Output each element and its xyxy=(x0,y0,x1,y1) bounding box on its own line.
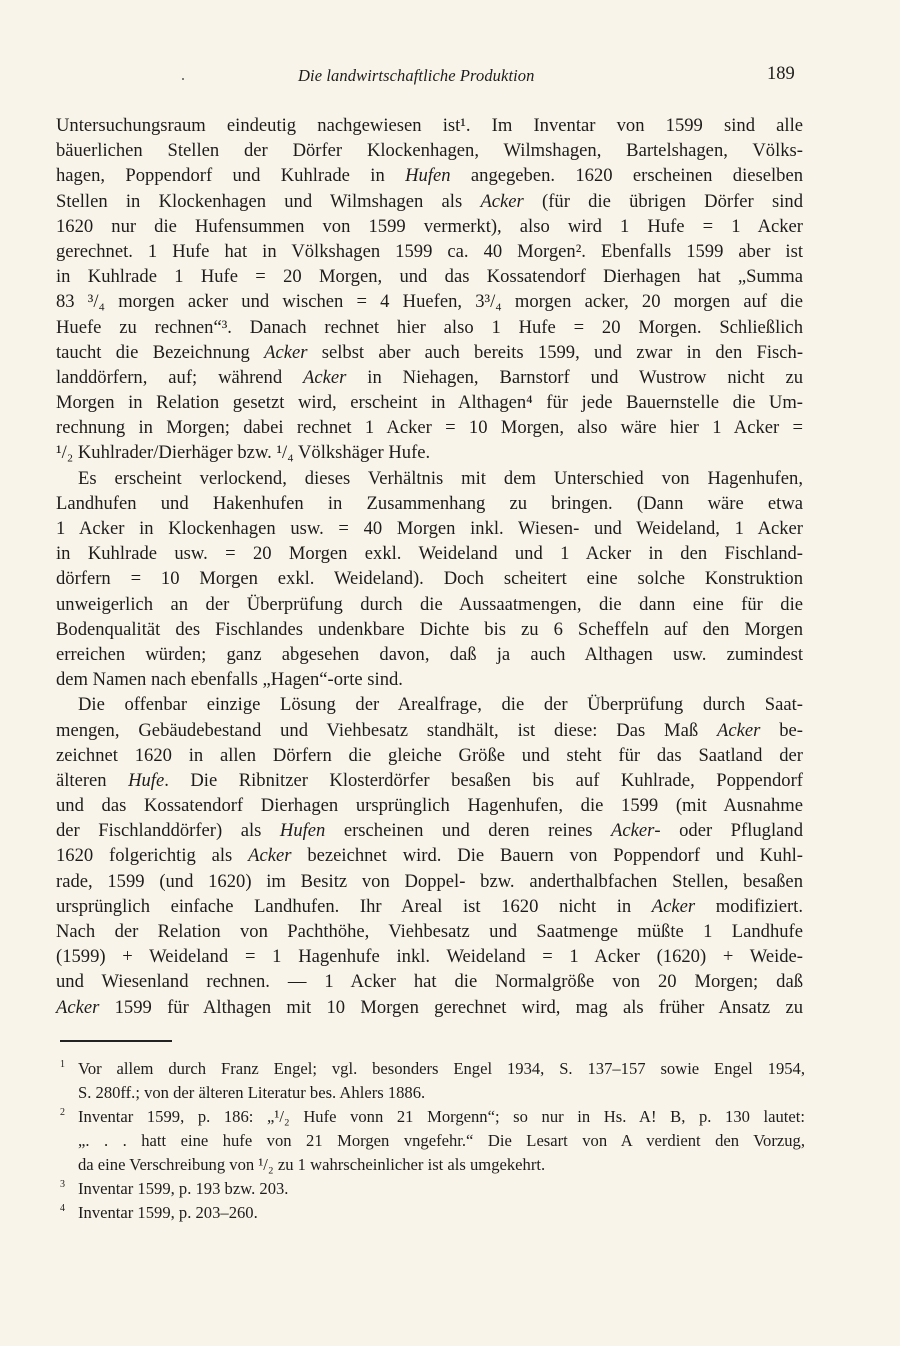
footnote-mark: 3 xyxy=(60,1173,65,1197)
text-line: Nach der Relation von Pachthöhe, Viehbes… xyxy=(56,919,803,944)
text-line: Morgen in Relation gesetzt wird, erschei… xyxy=(56,390,803,415)
text-line: 1620 nur die Hufensummen von 1599 vermer… xyxy=(56,214,803,239)
footnote: 4Inventar 1599, p. 203–260. xyxy=(60,1201,805,1225)
text-line: der Fischlanddörfer) als Hufen erscheine… xyxy=(56,818,803,843)
footnote: 3Inventar 1599, p. 193 bzw. 203. xyxy=(60,1177,805,1201)
text-line: 1620 folgerichtig als Acker bezeichnet w… xyxy=(56,843,803,868)
footnote: 1Vor allem durch Franz Engel; vgl. beson… xyxy=(60,1057,805,1105)
footnotes: 1Vor allem durch Franz Engel; vgl. beson… xyxy=(60,1057,805,1225)
text-line: unweigerlich an der Überprüfung durch di… xyxy=(56,592,803,617)
text-line: ursprünglich einfache Landhufen. Ihr Are… xyxy=(56,894,803,919)
running-head: Die landwirtschaftliche Produktion 189 xyxy=(0,66,900,92)
text-line: rade, 1599 (und 1620) im Besitz von Dopp… xyxy=(56,869,803,894)
footnote-mark: 4 xyxy=(60,1197,65,1221)
footnote-line: Vor allem durch Franz Engel; vgl. besond… xyxy=(78,1057,805,1081)
chapter-title: Die landwirtschaftliche Produktion xyxy=(298,66,535,86)
text-line: Es erscheint verlockend, dieses Verhältn… xyxy=(56,466,803,491)
text-line: und das Kossatendorf Dierhagen ursprüngl… xyxy=(56,793,803,818)
footnote-line: S. 280ff.; von der älteren Literatur bes… xyxy=(78,1081,805,1105)
text-line: dem Namen nach ebenfalls „Hagen“-orte si… xyxy=(56,667,803,692)
text-line: in Kuhlrade 1 Hufe = 20 Morgen, und das … xyxy=(56,264,803,289)
text-line: Untersuchungsraum eindeutig nachgewiesen… xyxy=(56,113,803,138)
text-line: Die offenbar einzige Lösung der Arealfra… xyxy=(56,692,803,717)
text-line: landdörfern, auf; während Acker in Nieha… xyxy=(56,365,803,390)
footnote-line: da eine Verschreibung von ¹/₂ zu 1 wahrs… xyxy=(78,1153,805,1177)
text-line: Acker 1599 für Althagen mit 10 Morgen ge… xyxy=(56,995,803,1020)
text-line: bäuerlichen Stellen der Dörfer Klockenha… xyxy=(56,138,803,163)
footnote-mark: 1 xyxy=(60,1053,65,1077)
text-line: in Kuhlrade usw. = 20 Morgen exkl. Weide… xyxy=(56,541,803,566)
text-line: 83 ³/₄ morgen acker und wischen = 4 Huef… xyxy=(56,289,803,314)
text-line: Huefe zu rechnen“³. Danach rechnet hier … xyxy=(56,315,803,340)
footnote: 2Inventar 1599, p. 186: „¹/₂ Hufe vonn 2… xyxy=(60,1105,805,1177)
text-line: rechnung in Morgen; dabei rechnet 1 Acke… xyxy=(56,415,803,440)
page-number: 189 xyxy=(767,64,795,85)
book-page: Die landwirtschaftliche Produktion 189 U… xyxy=(0,0,900,1346)
footnote-line: Inventar 1599, p. 186: „¹/₂ Hufe vonn 21… xyxy=(78,1105,805,1129)
text-line: 1 Acker in Klockenhagen usw. = 40 Morgen… xyxy=(56,516,803,541)
text-line: dörfern = 10 Morgen exkl. Weideland). Do… xyxy=(56,566,803,591)
footnote-rule xyxy=(60,1040,172,1042)
text-line: gerechnet. 1 Hufe hat in Völkshagen 1599… xyxy=(56,239,803,264)
text-line: mengen, Gebäudebestand und Viehbesatz st… xyxy=(56,718,803,743)
text-line: und Wiesenland rechnen. — 1 Acker hat di… xyxy=(56,969,803,994)
body-text: Untersuchungsraum eindeutig nachgewiesen… xyxy=(56,113,803,1020)
footnote-mark: 2 xyxy=(60,1101,65,1125)
footnote-line: „. . . hatt eine hufe von 21 Morgen vnge… xyxy=(78,1129,805,1153)
text-line: älteren Hufe. Die Ribnitzer Klosterdörfe… xyxy=(56,768,803,793)
speck xyxy=(182,78,184,80)
text-line: ¹/₂ Kuhlrader/Dierhäger bzw. ¹/₄ Völkshä… xyxy=(56,440,803,465)
text-line: erreichen würden; ganz abgesehen davon, … xyxy=(56,642,803,667)
footnote-line: Inventar 1599, p. 203–260. xyxy=(78,1201,805,1225)
text-line: Landhufen und Hakenhufen in Zusammenhang… xyxy=(56,491,803,516)
text-line: Bodenqualität des Fischlandes undenkbare… xyxy=(56,617,803,642)
text-line: taucht die Bezeichnung Acker selbst aber… xyxy=(56,340,803,365)
text-line: hagen, Poppendorf und Kuhlrade in Hufen … xyxy=(56,163,803,188)
footnote-line: Inventar 1599, p. 193 bzw. 203. xyxy=(78,1177,805,1201)
text-line: Stellen in Klockenhagen und Wilmshagen a… xyxy=(56,189,803,214)
text-line: zeichnet 1620 in allen Dörfern die gleic… xyxy=(56,743,803,768)
text-line: (1599) + Weideland = 1 Hagenhufe inkl. W… xyxy=(56,944,803,969)
